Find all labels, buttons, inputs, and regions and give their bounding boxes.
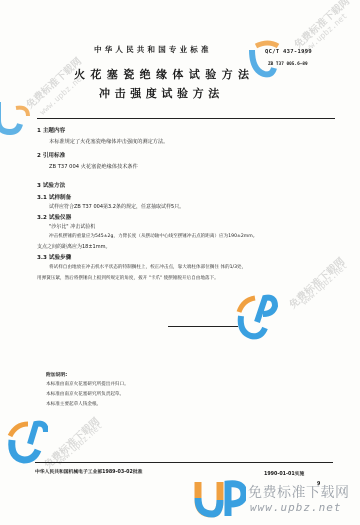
subsection-body: 试样应符合ZB T37 004第3.2条的规定，任意抽取试样5只。 bbox=[49, 203, 184, 210]
section-heading: 2 引用标准 bbox=[37, 151, 65, 159]
section-heading: 3 试验方法 bbox=[37, 181, 65, 189]
footer-divider bbox=[35, 462, 333, 463]
subsection-body: 用弹簧压紧，然后将摆锤向上扳到所规定的角度，扳开 "卡爪" 使摆锤脱开后自由地落… bbox=[37, 275, 219, 281]
brand-name: 免费标准下载网 bbox=[248, 482, 350, 502]
appendix-heading: 附加说明: bbox=[46, 371, 67, 378]
issuing-body: 中华人民共和国专业标准 bbox=[94, 44, 212, 55]
title-divider bbox=[37, 118, 335, 119]
subsection-heading: 3.2 试验仪器 bbox=[37, 213, 71, 221]
subsection-heading: 3.3 试验步骤 bbox=[37, 253, 71, 261]
appendix-line: 本标准由南京火花塞研究所提出并归口。 bbox=[46, 381, 129, 387]
up-logo-icon bbox=[235, 292, 279, 342]
subsection-body: 冲击机摆锤的重量应为545±2g，力臂长度（从摆动轴中心线至摆锤冲击点的距离）应… bbox=[49, 233, 257, 239]
watermark-text: 免费标准下载网 bbox=[285, 253, 347, 311]
appendix-line: 本标准由南京火花塞研究所负责起草。 bbox=[46, 391, 124, 397]
watermark-text: 免费标准下载网 bbox=[290, 0, 352, 51]
document-page: 免费标准下载网 www.upbz.net 免费标准下载网 www.upbz.ne… bbox=[0, 0, 360, 525]
up-logo-icon bbox=[192, 478, 246, 518]
subsection-body: 将试样自由地放在冲击机水平状态的特制搁柱上，校正冲击点，靠大端柱体部位搁住 体的… bbox=[49, 264, 246, 270]
section-body: ZB T37 004 火花塞瓷绝缘体技术条件 bbox=[49, 163, 138, 170]
subsection-body: 支点之间的距离应为18±1mm。 bbox=[37, 243, 110, 250]
brand-url: www.upbz.net bbox=[250, 501, 341, 514]
up-logo-icon bbox=[6, 420, 48, 464]
end-rule bbox=[168, 326, 238, 327]
up-logo-icon bbox=[0, 98, 32, 138]
subsection-body: "沙尔比" 冲击试验机 bbox=[49, 223, 95, 230]
replaced-standard-number: ZB T37 005.6—89 bbox=[268, 62, 308, 67]
effective-date: 1990-01-01实施 bbox=[264, 470, 304, 477]
appendix-line: 本标准主要起草人钱金根。 bbox=[46, 401, 101, 407]
watermark-url: www.upbz.net bbox=[55, 421, 104, 466]
approval-date: 中华人民共和国机械电子工业部1989-03-02批准 bbox=[35, 468, 142, 475]
section-heading: 1 主题内容 bbox=[37, 126, 65, 134]
section-body: 本标准规定了火花塞瓷绝缘体冲击强度的测定方法。 bbox=[49, 138, 168, 145]
standard-number: QC/T 437-1999 bbox=[265, 49, 312, 55]
document-title: 火花塞瓷绝缘体试验方法 bbox=[74, 66, 254, 82]
subsection-heading: 3.1 试样制备 bbox=[37, 193, 71, 201]
watermark-url: www.upbz.net bbox=[300, 261, 349, 306]
document-subtitle: 冲击强度试验方法 bbox=[99, 85, 224, 101]
